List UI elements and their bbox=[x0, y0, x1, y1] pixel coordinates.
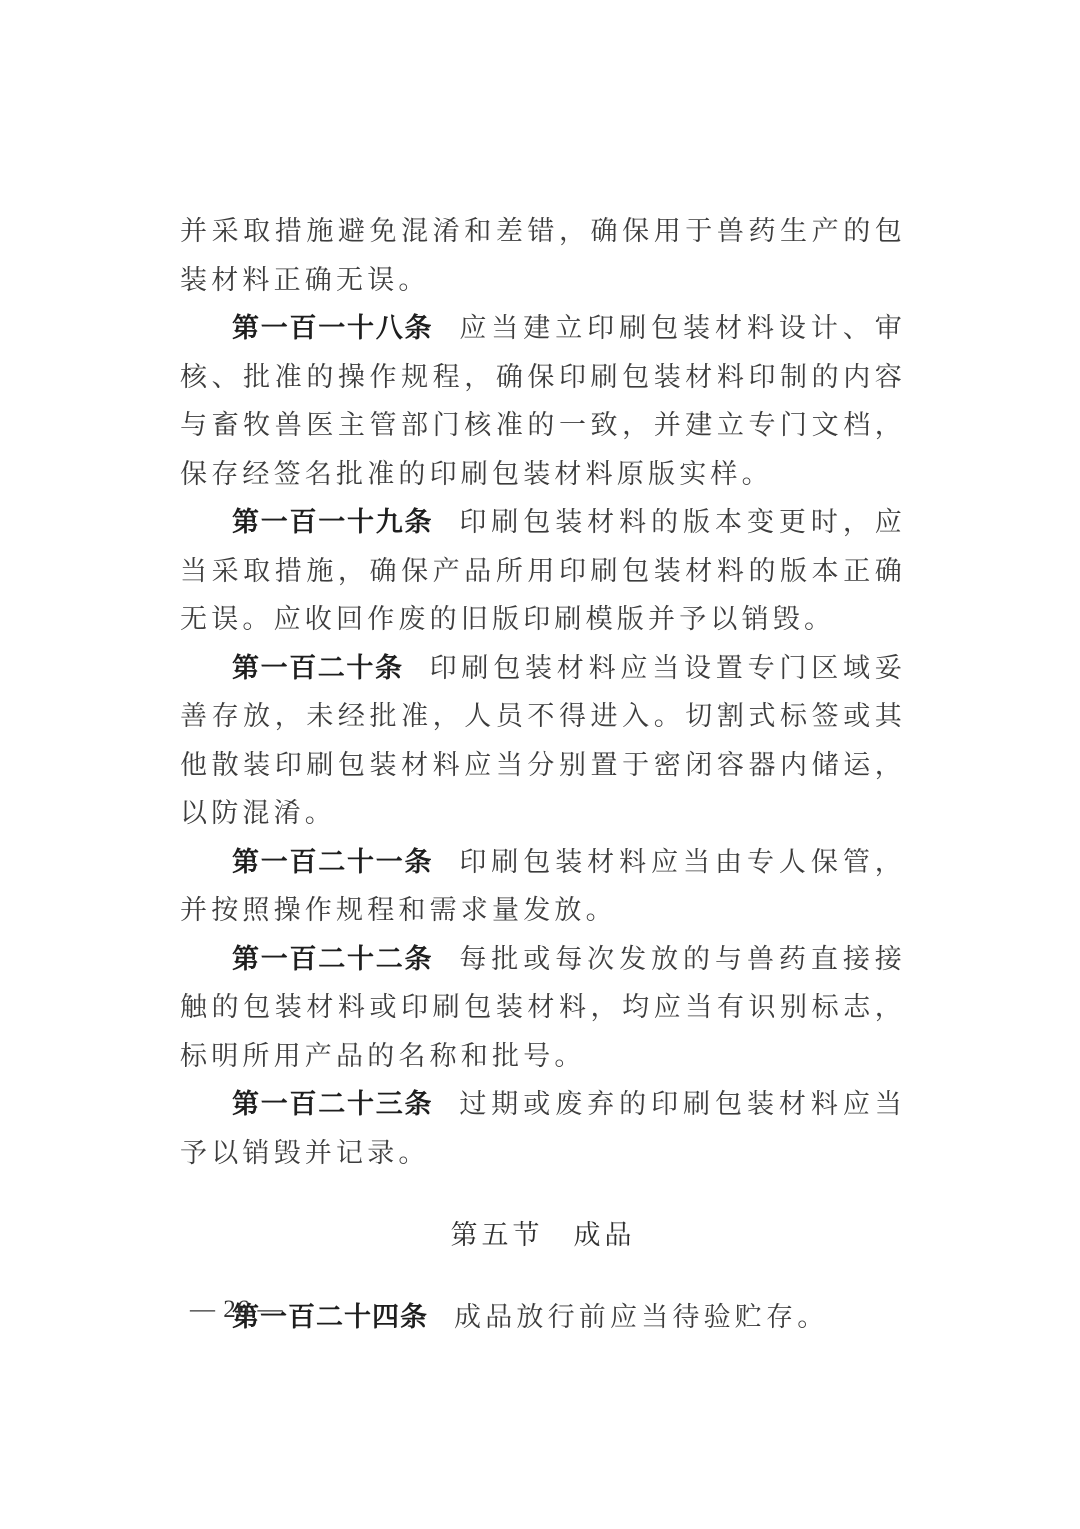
section-number: 第五节 bbox=[451, 1220, 544, 1251]
article-120: 第一百二十条印刷包装材料应当设置专门区域妥善存放，未经批准，人员不得进入。切割式… bbox=[180, 645, 906, 839]
article-122: 第一百二十二条每批或每次发放的与兽药直接接触的包装材料或印刷包装材料，均应当有识… bbox=[180, 936, 906, 1082]
article-119: 第一百一十九条印刷包装材料的版本变更时，应当采取措施，确保产品所用印刷包装材料的… bbox=[180, 499, 906, 645]
article-text: 成品放行前应当待验贮存。 bbox=[454, 1302, 828, 1333]
article-124: 第一百二十四条成品放行前应当待验贮存。 bbox=[180, 1294, 906, 1343]
article-number: 第一百二十二条 bbox=[232, 944, 433, 975]
continuation-paragraph: 并采取措施避免混淆和差错，确保用于兽药生产的包装材料正确无误。 bbox=[180, 208, 906, 305]
article-number: 第一百二十条 bbox=[232, 653, 404, 684]
article-number: 第一百二十一条 bbox=[232, 847, 433, 878]
section-heading: 第五节成品 bbox=[180, 1212, 906, 1260]
page-number: — 26 — bbox=[190, 1296, 284, 1324]
article-number: 第一百二十三条 bbox=[232, 1089, 433, 1120]
section-title: 成品 bbox=[574, 1220, 636, 1251]
document-page: 并采取措施避免混淆和差错，确保用于兽药生产的包装材料正确无误。 第一百一十八条应… bbox=[180, 208, 906, 1343]
article-118: 第一百一十八条应当建立印刷包装材料设计、审核、批准的操作规程，确保印刷包装材料印… bbox=[180, 305, 906, 499]
article-121: 第一百二十一条印刷包装材料应当由专人保管，并按照操作规程和需求量发放。 bbox=[180, 839, 906, 936]
article-number: 第一百一十八条 bbox=[232, 313, 433, 344]
article-number: 第一百一十九条 bbox=[232, 507, 433, 538]
article-123: 第一百二十三条过期或废弃的印刷包装材料应当予以销毁并记录。 bbox=[180, 1081, 906, 1178]
